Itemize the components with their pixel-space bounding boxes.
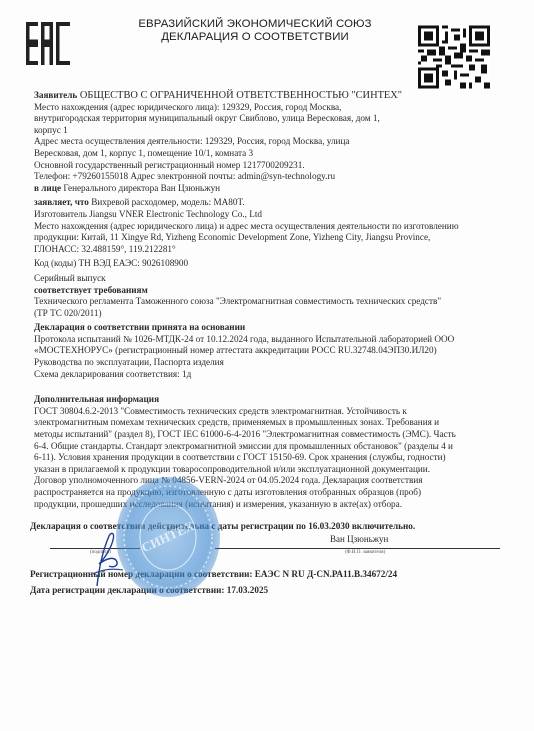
release-type: Серийный выпуск bbox=[34, 273, 504, 285]
applicant-contacts: Телефон: +79260155018 Адрес электронной … bbox=[34, 171, 504, 183]
declaration-body: Заявитель ОБЩЕСТВО С ОГРАНИЧЕННОЙ ОТВЕТС… bbox=[34, 90, 504, 510]
regulation-line-1: Технического регламента Таможенного союз… bbox=[34, 296, 504, 308]
applicant-label: Заявитель bbox=[34, 90, 77, 100]
basis-line-2: «МОСТЕХНОРУС» (регистрационный номер атт… bbox=[34, 345, 504, 357]
basis-line-1: Протокола испытаний № 1026-МТДК-24 от 10… bbox=[34, 334, 504, 346]
signature-icon bbox=[85, 528, 130, 588]
additional-line: распространяется на продукцию, изготовле… bbox=[34, 487, 504, 499]
applicant-legal-address-2: внутригородская территория муниципальный… bbox=[34, 113, 504, 125]
manufacturer: Изготовитель Jiangsu VNER Electronic Tec… bbox=[34, 209, 504, 221]
applicant-name: ОБЩЕСТВО С ОГРАНИЧЕННОЙ ОТВЕТСТВЕННОСТЬЮ… bbox=[77, 90, 402, 101]
regulation-line-2: (ТР ТС 020/2011) bbox=[34, 308, 504, 320]
applicant-legal-address-3: корпус 1 bbox=[34, 125, 504, 137]
additional-info-label: Дополнительная информация bbox=[34, 394, 504, 406]
manufacturer-address-1: Место нахождения (адрес юридического лиц… bbox=[34, 221, 504, 233]
qr-code-icon[interactable] bbox=[418, 25, 490, 89]
additional-line: электромагнитным помехам технических сре… bbox=[34, 417, 504, 429]
mp-label: М.П. bbox=[167, 527, 180, 533]
representative-label: в лице bbox=[34, 183, 61, 193]
basis-line-4: Схема декларирования соответствия: 1д bbox=[34, 369, 504, 381]
compliance-label: соответствует требованиям bbox=[34, 285, 504, 297]
basis-label: Декларация о соответствии принята на осн… bbox=[34, 322, 504, 334]
additional-line: продукции, прошедших исследования (испыт… bbox=[34, 499, 504, 511]
applicant-legal-address-1: Место нахождения (адрес юридического лиц… bbox=[34, 102, 504, 114]
representative-value: Генерального директора Ван Цзюньжун bbox=[61, 183, 220, 193]
name-caption: (Ф.И.О. заявителя) bbox=[345, 550, 385, 555]
applicant-activity-address-1: Адрес места осуществления деятельности: … bbox=[34, 136, 504, 148]
additional-line: Договор уполномоченного лица № 04856-VER… bbox=[34, 475, 504, 487]
declaration-page: ЕВРАЗИЙСКИЙ ЭКОНОМИЧЕСКИЙ СОЮЗ ДЕКЛАРАЦИ… bbox=[0, 0, 534, 731]
additional-line: методы испытаний" (раздел 8), ГОСТ IEC 6… bbox=[34, 429, 504, 441]
hs-code: Код (коды) ТН ВЭД ЕАЭС: 9026108900 bbox=[34, 258, 504, 270]
applicant-representative: в лице Генерального директора Ван Цзюньж… bbox=[34, 183, 504, 195]
signatory-name: Ван Цзюньжун bbox=[330, 534, 388, 544]
additional-line: 6-4. Общие стандарты. Стандарт электрома… bbox=[34, 441, 504, 453]
additional-line: указан в прилагаемой к продукции товарос… bbox=[34, 464, 504, 476]
eac-logo-icon bbox=[26, 22, 70, 65]
document-header: ЕВРАЗИЙСКИЙ ЭКОНОМИЧЕСКИЙ СОЮЗ ДЕКЛАРАЦИ… bbox=[120, 18, 390, 44]
basis-line-3: Руководства по эксплуатации, Паспорта из… bbox=[34, 357, 504, 369]
applicant-activity-address-2: Вересковая, дом 1, корпус 1, помещение 1… bbox=[34, 148, 504, 160]
union-title: ЕВРАЗИЙСКИЙ ЭКОНОМИЧЕСКИЙ СОЮЗ bbox=[120, 18, 390, 31]
declares-label: заявляет, что bbox=[34, 197, 89, 207]
additional-line: 6-11). Условия хранения продукции в соот… bbox=[34, 452, 504, 464]
name-line bbox=[215, 548, 500, 549]
manufacturer-address-2: продукции: Китай, 11 Xingye Rd, Yizheng … bbox=[34, 232, 504, 244]
additional-line: ГОСТ 30804.6.2-2013 "Совместимость техни… bbox=[34, 406, 504, 418]
manufacturer-address-3: ГЛОНАСС: 32.488159°, 119.212281° bbox=[34, 244, 504, 256]
product-declaration: заявляет, что Вихревой расходомер, модел… bbox=[34, 197, 504, 209]
applicant-ogrn: Основной государственный регистрационный… bbox=[34, 160, 504, 172]
applicant-line: Заявитель ОБЩЕСТВО С ОГРАНИЧЕННОЙ ОТВЕТС… bbox=[34, 90, 504, 102]
product-name: Вихревой расходомер, модель: MA80T. bbox=[89, 197, 245, 207]
document-title: ДЕКЛАРАЦИЯ О СООТВЕТСТВИИ bbox=[120, 31, 390, 44]
